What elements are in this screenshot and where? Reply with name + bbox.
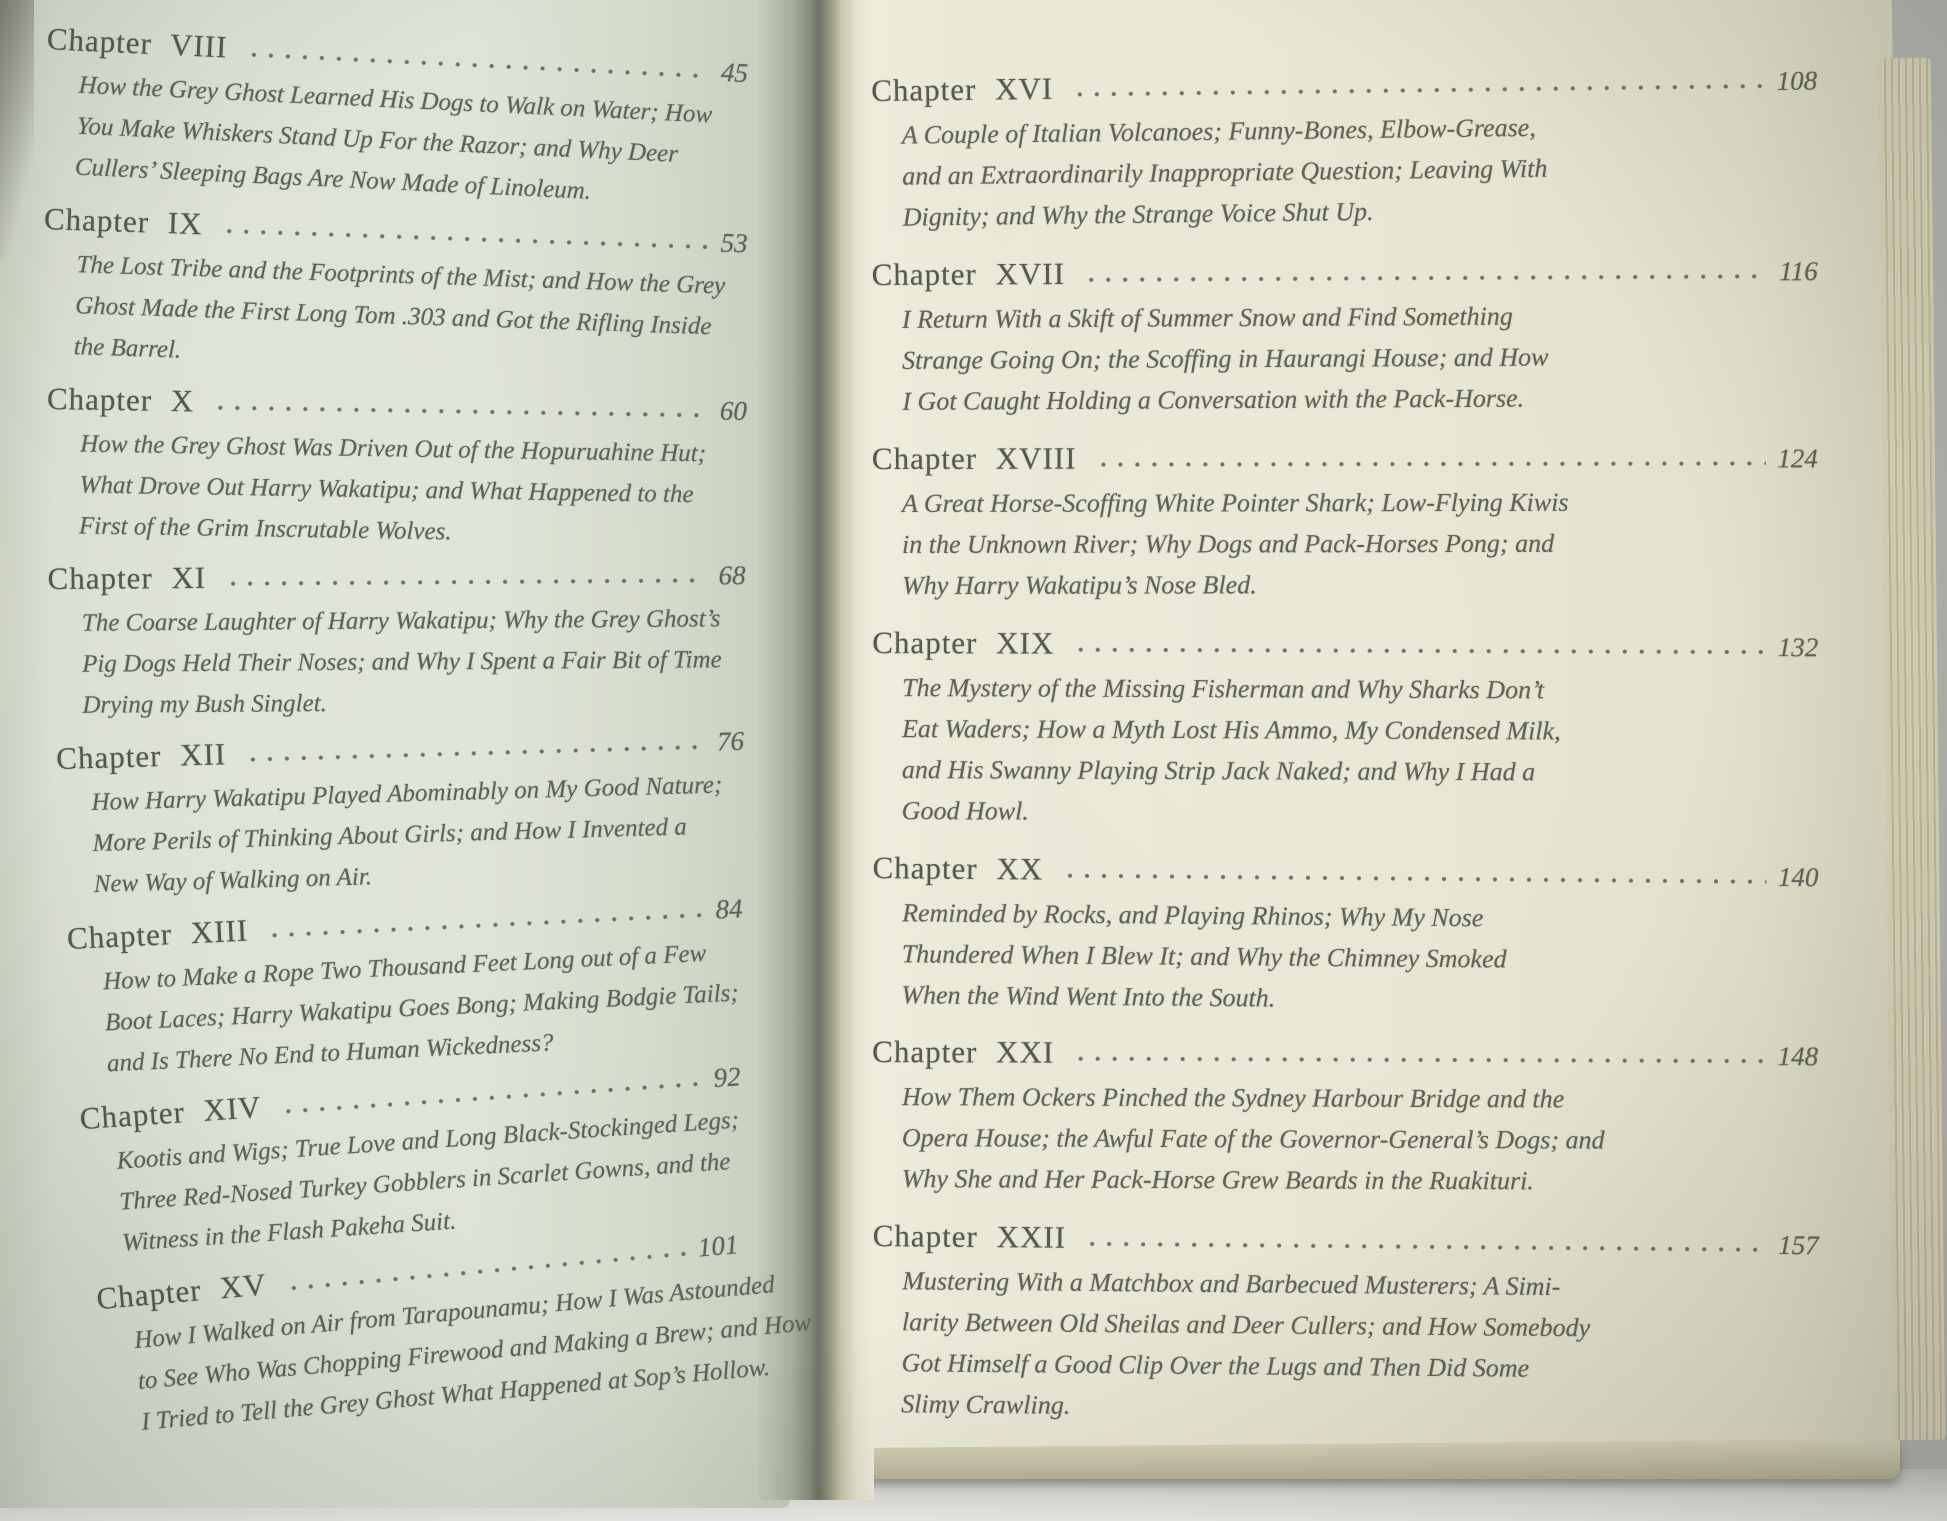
chapter-description: Reminded by Rocks, and Playing Rhinos; W… — [871, 892, 1818, 1023]
page-gutter — [758, 0, 874, 1500]
description-line: The Coarse Laughter of Harry Wakatipu; W… — [82, 598, 746, 644]
page-number: 140 — [1778, 854, 1819, 900]
page-number: 45 — [720, 49, 749, 96]
chapter-label: Chapter XVI — [871, 66, 1054, 114]
page-number: 60 — [720, 388, 748, 434]
chapter-label: Chapter XIII — [66, 908, 249, 962]
chapter-label: Chapter X — [47, 376, 195, 424]
chapter-label: Chapter XVII — [872, 251, 1066, 298]
toc-entry: Chapter XVII 116 I Return With a Skift o… — [872, 247, 1819, 422]
page-number: 53 — [720, 219, 749, 266]
chapter-label: Chapter XXII — [873, 1213, 1067, 1261]
dot-leader — [1059, 870, 1766, 888]
chapter-description: How the Grey Ghost Was Driven Out of the… — [45, 423, 747, 557]
chapter-description: A Great Horse-Scoffing White Pointer Sha… — [872, 481, 1818, 606]
chapter-description: How Them Ockers Pinched the Sydney Harbo… — [872, 1076, 1818, 1202]
description-line: Strange Going On; the Scoffing in Hauran… — [902, 335, 1818, 381]
chapter-heading-row: Chapter XI 68 — [47, 551, 745, 603]
page-number: 92 — [712, 1053, 742, 1101]
chapter-description: The Lost Tribe and the Footprints of the… — [39, 243, 747, 389]
toc-left: Chapter VIII 45 How the Grey Ghost Learn… — [30, 16, 746, 1456]
description-line: Good Howl. — [902, 790, 1818, 834]
toc-entry: Chapter XVIII 124 A Great Horse-Scoffing… — [872, 434, 1818, 606]
toc-entry: Chapter XII 76 How Harry Wakatipu Played… — [56, 717, 748, 906]
chapter-description: A Couple of Italian Volcanoes; Funny-Bon… — [872, 103, 1819, 238]
description-line: A Great Horse-Scoffing White Pointer Sha… — [902, 481, 1818, 524]
page-number: 116 — [1779, 248, 1818, 294]
description-line: Why She and Her Pack-Horse Grew Beards i… — [902, 1158, 1818, 1202]
dot-leader — [1070, 644, 1766, 658]
description-line: in the Unknown River; Why Dogs and Pack-… — [902, 522, 1818, 565]
chapter-label: Chapter XII — [56, 731, 227, 782]
toc-entry: Chapter XIII 84 How to Make a Rope Two T… — [66, 884, 749, 1086]
chapter-heading-row: Chapter XVII 116 — [872, 247, 1818, 299]
page-number: 124 — [1777, 435, 1818, 481]
description-line: The Mystery of the Missing Fisherman and… — [902, 667, 1818, 711]
description-line: When the Wind Went Into the South. — [901, 974, 1817, 1023]
description-line: I Got Caught Holding a Conversation with… — [902, 376, 1818, 422]
description-line: Eat Waders; How a Myth Lost His Ammo, My… — [902, 708, 1818, 752]
page-number: 84 — [714, 885, 743, 932]
toc-right: Chapter XVI 108 A Couple of Italian Volc… — [872, 68, 1818, 1438]
book-photo: Chapter VIII 45 How the Grey Ghost Learn… — [0, 0, 1947, 1521]
dot-leader — [1082, 1238, 1766, 1256]
page-number: 132 — [1778, 624, 1819, 670]
chapter-heading-row: Chapter XXII 157 — [873, 1213, 1819, 1268]
description-line: I Return With a Skift of Summer Snow and… — [902, 294, 1818, 340]
dot-leader — [1081, 270, 1767, 286]
page-number: 157 — [1778, 1222, 1819, 1268]
chapter-heading-row: Chapter XXI 148 — [872, 1029, 1818, 1079]
page-number: 148 — [1778, 1033, 1819, 1079]
chapter-label: Chapter XVIII — [872, 436, 1077, 482]
chapter-label: Chapter XI — [47, 555, 206, 602]
description-line: Pig Dogs Held Their Noses; and Why I Spe… — [82, 639, 746, 685]
page-number: 76 — [716, 718, 744, 765]
toc-entry: Chapter XXI 148 How Them Ockers Pinched … — [872, 1029, 1819, 1202]
chapter-label: Chapter XXI — [872, 1029, 1054, 1076]
chapter-description: The Mystery of the Missing Fisherman and… — [872, 667, 1819, 834]
description-line: Why Harry Wakatipu’s Nose Bled. — [902, 563, 1818, 606]
chapter-label: Chapter VIII — [46, 16, 229, 70]
page-number: 108 — [1776, 57, 1817, 103]
toc-entry: Chapter IX 53 The Lost Tribe and the Foo… — [39, 196, 748, 389]
description-line: and His Swanny Playing Strip Jack Naked;… — [902, 749, 1818, 793]
toc-entry: Chapter X 60 How the Grey Ghost Was Driv… — [45, 376, 748, 557]
chapter-description: The Coarse Laughter of Harry Wakatipu; W… — [48, 598, 747, 726]
description-line: Slimy Crawling. — [901, 1383, 1817, 1432]
chapter-description: Mustering With a Matchbox and Barbecued … — [871, 1260, 1818, 1432]
dot-leader — [242, 741, 705, 766]
dot-leader — [218, 225, 709, 253]
chapter-heading-row: Chapter XX 140 — [872, 845, 1818, 900]
dot-leader — [1069, 80, 1765, 100]
chapter-heading-row: Chapter XVIII 124 — [872, 434, 1818, 483]
dot-leader — [1070, 1053, 1766, 1067]
toc-entry: Chapter XVI 108 A Couple of Italian Volc… — [871, 56, 1819, 238]
chapter-label: Chapter XX — [872, 845, 1043, 892]
toc-entry: Chapter XX 140 Reminded by Rocks, and Pl… — [871, 845, 1818, 1023]
page-number: 68 — [718, 552, 745, 598]
dot-leader — [210, 402, 708, 422]
chapter-description: I Return With a Skift of Summer Snow and… — [872, 294, 1819, 422]
dot-leader — [222, 574, 706, 589]
toc-entry: Chapter VIII 45 How the Grey Ghost Learn… — [40, 16, 749, 219]
toc-entry: Chapter XI 68 The Coarse Laughter of Har… — [47, 551, 746, 726]
dot-leader — [1093, 457, 1766, 470]
toc-entry: Chapter XIX 132 The Mystery of the Missi… — [872, 620, 1819, 834]
chapter-heading-row: Chapter XIX 132 — [872, 620, 1818, 670]
toc-entry: Chapter XXII 157 Mustering With a Matchb… — [871, 1213, 1819, 1432]
chapter-label: Chapter IX — [43, 196, 203, 247]
chapter-label: Chapter XIX — [872, 620, 1054, 667]
description-line: Opera House; the Awful Fate of the Gover… — [902, 1117, 1818, 1161]
chapter-description: How Harry Wakatipu Played Abominably on … — [57, 764, 748, 906]
description-line: How Them Ockers Pinched the Sydney Harbo… — [902, 1076, 1818, 1120]
page-number: 101 — [696, 1221, 740, 1270]
